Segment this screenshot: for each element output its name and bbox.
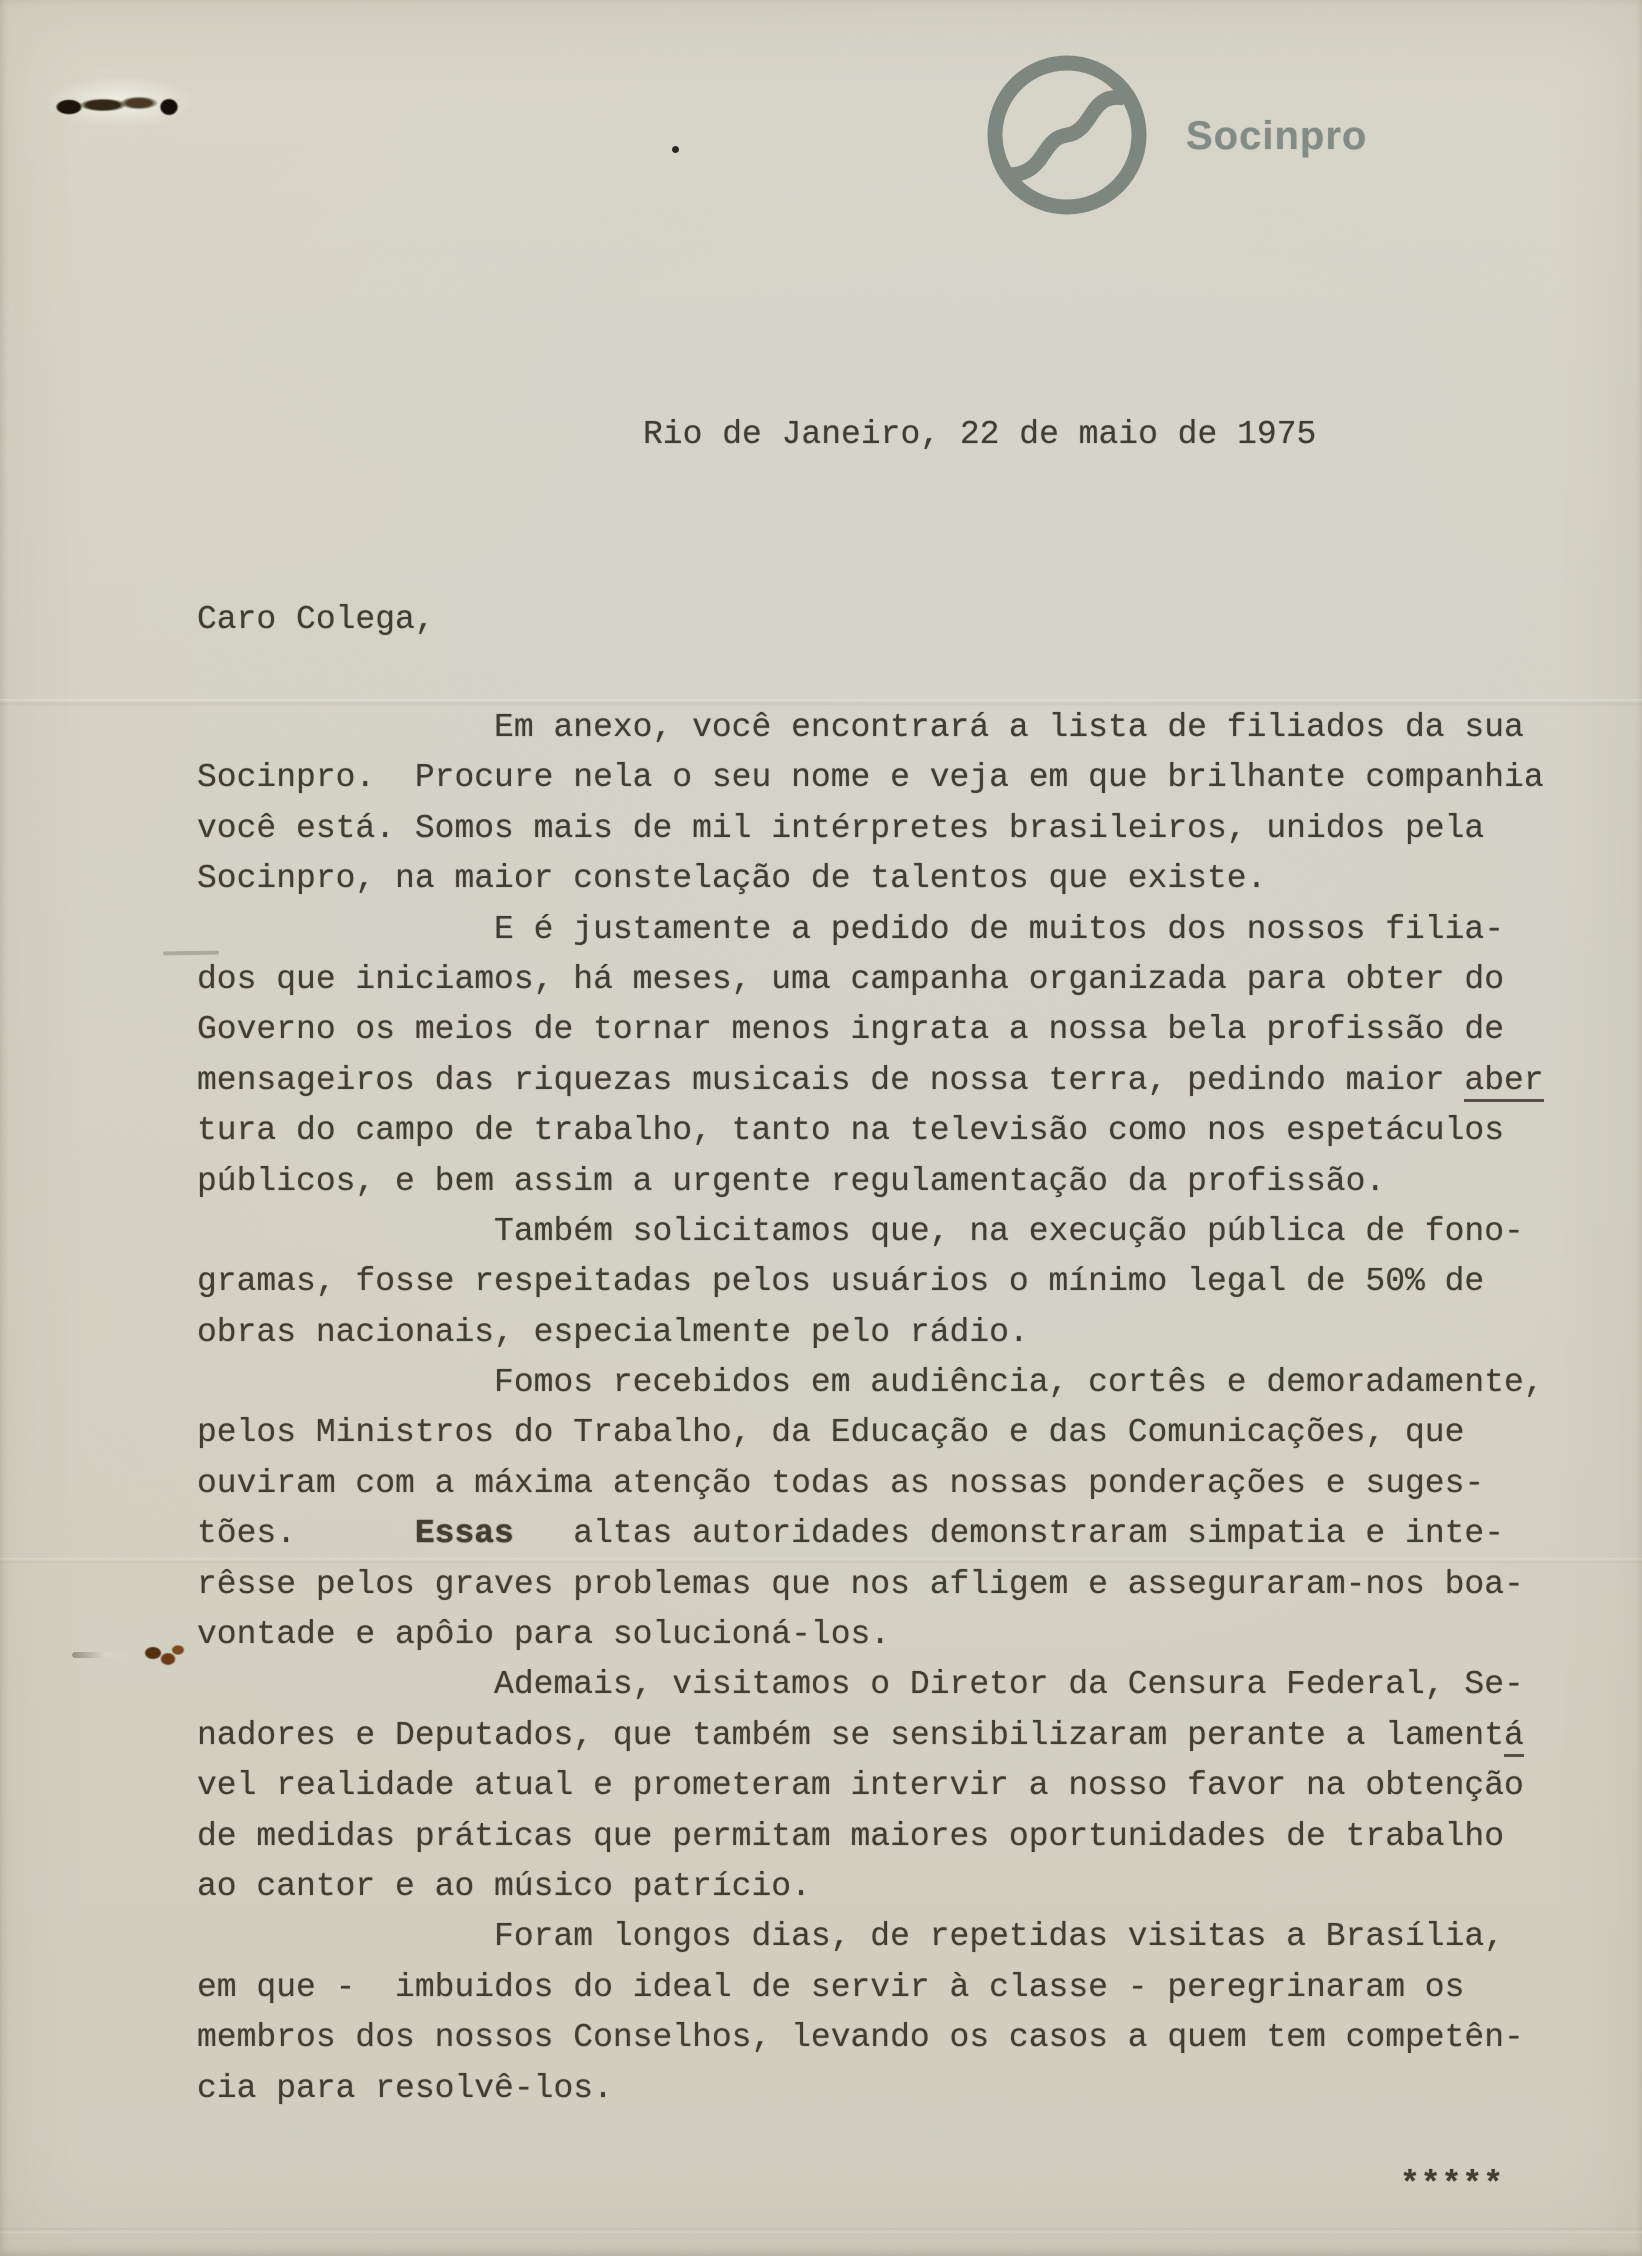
- letter-line: em que - imbuidos do ideal de servir à c…: [197, 1963, 1544, 2013]
- closing-asterisks: *****: [1400, 2160, 1504, 2210]
- letter-line: Ademais, visitamos o Diretor da Censura …: [197, 1660, 1544, 1710]
- letter-line: tura do campo de trabalho, tanto na tele…: [197, 1106, 1544, 1156]
- letter-line: pelos Ministros do Trabalho, da Educação…: [197, 1408, 1544, 1458]
- letter-line: você está. Somos mais de mil intérpretes…: [197, 804, 1544, 854]
- letter-line: públicos, e bem assim a urgente regulame…: [197, 1157, 1544, 1207]
- letter-line: rêsse pelos graves problemas que nos afl…: [197, 1560, 1544, 1610]
- margin-scratch-mark: [72, 1652, 132, 1658]
- letter-line: vel realidade atual e prometeram intervi…: [197, 1761, 1544, 1811]
- letter-line: tões. Essas altas autoridades demonstrar…: [197, 1509, 1544, 1559]
- letter-line: Fomos recebidos em audiência, cortês e d…: [197, 1358, 1544, 1408]
- ink-smudge-mark: [55, 88, 183, 120]
- letter-line: de medidas práticas que permitam maiores…: [197, 1812, 1544, 1862]
- letter-line: membros dos nossos Conselhos, levando os…: [197, 2013, 1544, 2063]
- letter-line: nadores e Deputados, que também se sensi…: [197, 1711, 1544, 1761]
- letter-line: Socinpro. Procure nela o seu nome e veja…: [197, 753, 1544, 803]
- salutation: Caro Colega,: [197, 595, 435, 645]
- letter-body: Em anexo, você encontrará a lista de fil…: [197, 703, 1544, 2114]
- letter-line: ao cantor e ao músico patrício.: [197, 1862, 1544, 1912]
- letter-line: ouviram com a máxima atenção todas as no…: [197, 1459, 1544, 1509]
- letter-line: obras nacionais, especialmente pelo rádi…: [197, 1308, 1544, 1358]
- letter-line: Também solicitamos que, na execução públ…: [197, 1207, 1544, 1257]
- letter-line: Socinpro, na maior constelação de talent…: [197, 854, 1544, 904]
- letter-line: cia para resolvê-los.: [197, 2064, 1544, 2114]
- letter-page: Socinpro Rio de Janeiro, 22 de maio de 1…: [0, 0, 1642, 2256]
- dateline: Rio de Janeiro, 22 de maio de 1975: [643, 410, 1316, 460]
- letter-line: dos que iniciamos, há meses, uma campanh…: [197, 955, 1544, 1005]
- bottom-edge-crease: [0, 2228, 1642, 2233]
- letter-line: Foram longos dias, de repetidas visitas …: [197, 1912, 1544, 1962]
- letter-line: mensageiros das riquezas musicais de nos…: [197, 1056, 1544, 1106]
- letter-line: E é justamente a pedido de muitos dos no…: [197, 905, 1544, 955]
- rust-blot-mark: [138, 1640, 190, 1672]
- socinpro-circle-s-logo-icon: [986, 54, 1148, 216]
- letterhead: Socinpro: [986, 54, 1546, 224]
- letter-line: gramas, fosse respeitadas pelos usuários…: [197, 1257, 1544, 1307]
- ink-speck: [672, 146, 679, 153]
- brand-name: Socinpro: [1186, 114, 1367, 159]
- letter-line: Em anexo, você encontrará a lista de fil…: [197, 703, 1544, 753]
- letter-line: vontade e apôio para solucioná-los.: [197, 1610, 1544, 1660]
- letter-line: Governo os meios de tornar menos ingrata…: [197, 1005, 1544, 1055]
